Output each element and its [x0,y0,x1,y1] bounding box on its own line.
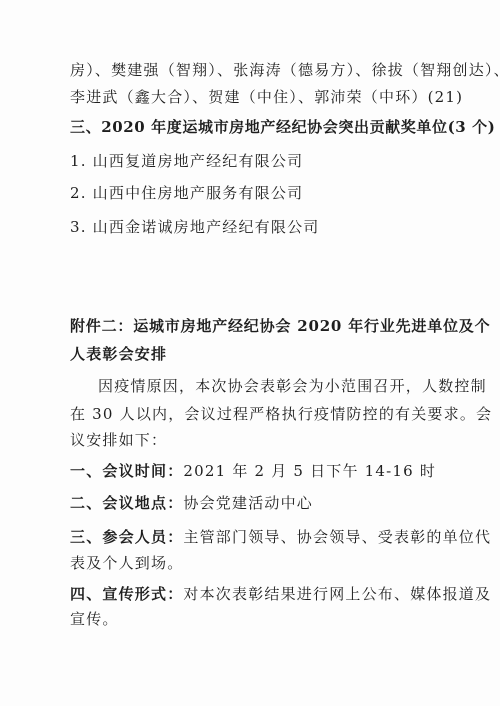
meeting-location: 二、会议地点：协会党建活动中心 [70,494,420,512]
intro-line-1: 因疫情原因，本次协会表彰会为小范围召开，人数控制 [98,377,420,395]
continuation-line-1: 房）、樊建强（智翔）、张海涛（德易方）、徐拔（智翔创达）、 [70,61,420,79]
attendees-label: 三、参会人员： [70,528,183,546]
meeting-location-label: 二、会议地点： [70,494,183,512]
meeting-time: 一、会议时间：2021 年 2 月 5 日下午 14-16 时 [70,462,420,480]
document-page: 房）、樊建强（智翔）、张海涛（德易方）、徐拔（智翔创达）、 李进武（鑫大合）、贺… [0,0,500,706]
meeting-time-value: 2021 年 2 月 5 日下午 14-16 时 [183,462,436,480]
intro-line-3: 议安排如下： [70,431,420,449]
publicity: 四、宣传形式：对本次表彰结果进行网上公布、媒体报道及 [70,585,420,603]
award-item-3: 3. 山西金诺诚房地产经纪有限公司 [70,218,420,236]
publicity-label: 四、宣传形式： [70,585,183,603]
attendees-continuation: 表及个人到场。 [70,554,420,572]
publicity-continuation: 宣传。 [70,610,420,628]
meeting-time-label: 一、会议时间： [70,462,183,480]
award-item-2: 2. 山西中住房地产服务有限公司 [70,184,420,202]
attendees: 三、参会人员：主管部门领导、协会领导、受表彰的单位代 [70,528,420,546]
meeting-location-value: 协会党建活动中心 [183,494,313,512]
award-item-1: 1. 山西复道房地产经纪有限公司 [70,152,420,170]
continuation-line-2: 李进武（鑫大合）、贺建（中住）、郭沛荣（中环）(21) [70,88,420,106]
publicity-value: 对本次表彰结果进行网上公布、媒体报道及 [183,585,491,603]
attendees-value: 主管部门领导、协会领导、受表彰的单位代 [183,528,491,546]
attachment2-title-line-2: 人表彰会安排 [70,345,420,363]
attachment2-title-line-1: 附件二：运城市房地产经纪协会 2020 年行业先进单位及个 [70,317,420,335]
section3-heading: 三、2020 年度运城市房地产经纪协会突出贡献奖单位(3 个) [70,118,420,136]
intro-line-2: 在 30 人以内，会议过程严格执行疫情防控的有关要求。会 [70,405,420,423]
